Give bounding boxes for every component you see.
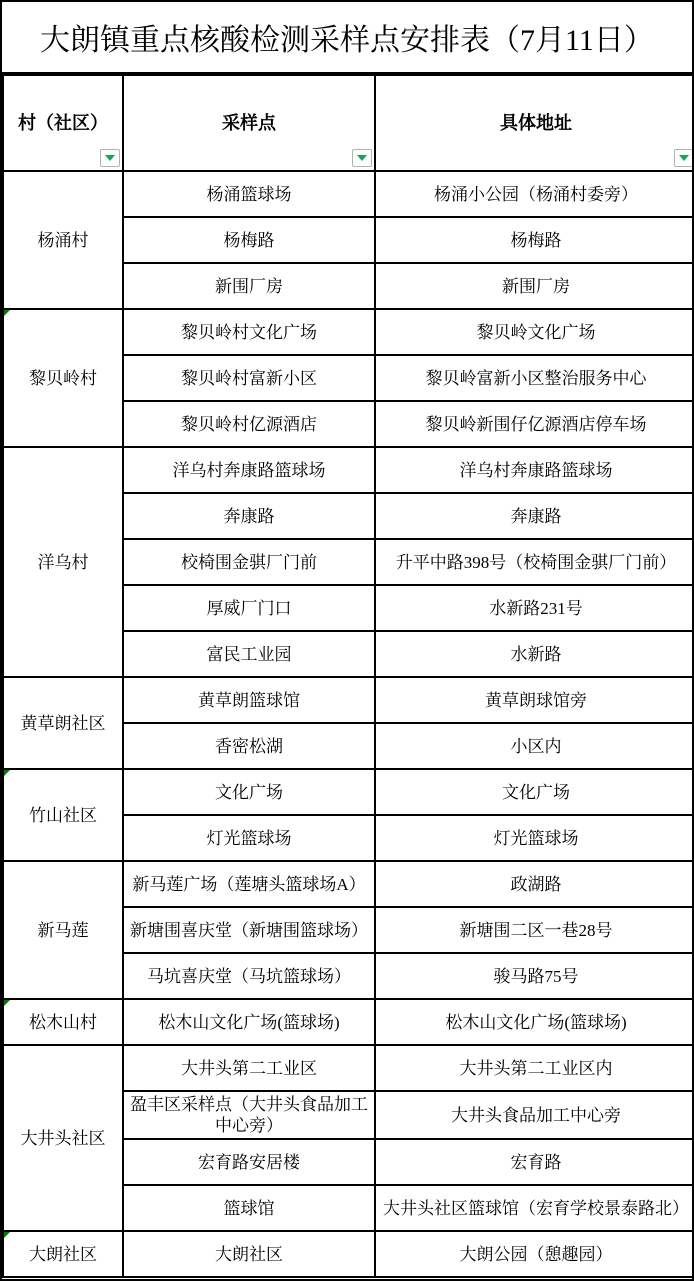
address-cell: 洋乌村奔康路篮球场 (375, 447, 694, 493)
title-bar: 大朗镇重点核酸检测采样点安排表（7月11日） (2, 2, 692, 74)
address-cell: 大井头第二工业区内 (375, 1045, 694, 1091)
sampling-point-cell: 松木山文化广场(篮球场) (123, 999, 375, 1045)
table-row: 竹山社区文化广场文化广场 (3, 769, 694, 815)
sampling-point-cell: 文化广场 (123, 769, 375, 815)
column-header-label: 村（社区） (18, 113, 108, 133)
sampling-point-cell: 新围厂房 (123, 263, 375, 309)
sampling-point-cell: 杨梅路 (123, 217, 375, 263)
spreadsheet-region: 大朗镇重点核酸检测采样点安排表（7月11日） 村（社区） 采样点 (0, 0, 694, 1281)
sampling-point-cell: 黄草朗篮球馆 (123, 677, 375, 723)
sampling-point-cell: 洋乌村奔康路篮球场 (123, 447, 375, 493)
header-row: 村（社区） 采样点 具体地址 (3, 75, 694, 171)
column-header-label: 具体地址 (500, 113, 572, 133)
village-label: 大朗社区 (29, 1245, 97, 1264)
village-label: 竹山社区 (29, 806, 97, 825)
table-row: 新马莲新马莲广场（莲塘头篮球场A）政湖路 (3, 861, 694, 907)
village-label: 黄草朗社区 (21, 714, 106, 733)
address-cell: 黎贝岭文化广场 (375, 309, 694, 355)
sampling-point-cell: 大井头第二工业区 (123, 1045, 375, 1091)
chevron-down-icon (357, 155, 367, 161)
address-cell: 杨涌小公园（杨涌村委旁） (375, 171, 694, 217)
sampling-point-cell: 灯光篮球场 (123, 815, 375, 861)
village-label: 松木山村 (29, 1013, 97, 1032)
sampling-point-cell: 香密松湖 (123, 723, 375, 769)
village-cell: 洋乌村 (3, 447, 123, 677)
address-cell: 小区内 (375, 723, 694, 769)
village-label: 杨涌村 (38, 231, 89, 250)
address-cell: 水新路231号 (375, 585, 694, 631)
address-cell: 松木山文化广场(篮球场) (375, 999, 694, 1045)
address-cell: 文化广场 (375, 769, 694, 815)
column-header-village: 村（社区） (3, 75, 123, 171)
comment-marker-icon (4, 770, 10, 776)
village-cell: 新马莲 (3, 861, 123, 999)
filter-dropdown-button[interactable] (674, 149, 694, 167)
village-cell: 竹山社区 (3, 769, 123, 861)
address-cell: 骏马路75号 (375, 953, 694, 999)
column-header-address: 具体地址 (375, 75, 694, 171)
sampling-point-cell: 杨涌篮球场 (123, 171, 375, 217)
table-row: 松木山村松木山文化广场(篮球场)松木山文化广场(篮球场) (3, 999, 694, 1045)
table-row: 黎贝岭村黎贝岭村文化广场黎贝岭文化广场 (3, 309, 694, 355)
sampling-point-cell: 黎贝岭村亿源酒店 (123, 401, 375, 447)
village-cell: 大朗社区 (3, 1231, 123, 1277)
address-cell: 升平中路398号（校椅围金骐厂门前） (375, 539, 694, 585)
village-label: 新马莲 (38, 921, 89, 940)
sampling-point-cell: 厚威厂门口 (123, 585, 375, 631)
sampling-table: 村（社区） 采样点 具体地址 (2, 74, 694, 1278)
address-cell: 黎贝岭新围仔亿源酒店停车场 (375, 401, 694, 447)
address-cell: 宏育路 (375, 1139, 694, 1185)
comment-marker-icon (4, 1000, 10, 1006)
village-label: 大井头社区 (21, 1129, 106, 1148)
village-cell: 大井头社区 (3, 1045, 123, 1231)
sampling-point-cell: 新马莲广场（莲塘头篮球场A） (123, 861, 375, 907)
village-cell: 黄草朗社区 (3, 677, 123, 769)
comment-marker-icon (4, 310, 10, 316)
sampling-point-cell: 校椅围金骐厂门前 (123, 539, 375, 585)
address-cell: 水新路 (375, 631, 694, 677)
village-cell: 杨涌村 (3, 171, 123, 309)
address-cell: 大井头社区篮球馆（宏育学校景泰路北） (375, 1185, 694, 1231)
sampling-point-cell: 黎贝岭村文化广场 (123, 309, 375, 355)
address-cell: 新塘围二区一巷28号 (375, 907, 694, 953)
sampling-point-cell: 富民工业园 (123, 631, 375, 677)
filter-dropdown-button[interactable] (352, 149, 372, 167)
sampling-point-cell: 篮球馆 (123, 1185, 375, 1231)
table-row: 杨涌村杨涌篮球场杨涌小公园（杨涌村委旁） (3, 171, 694, 217)
chevron-down-icon (105, 155, 115, 161)
village-label: 黎贝岭村 (29, 369, 97, 388)
village-label: 洋乌村 (38, 553, 89, 572)
sampling-point-cell: 大朗社区 (123, 1231, 375, 1277)
address-cell: 奔康路 (375, 493, 694, 539)
table-body: 杨涌村杨涌篮球场杨涌小公园（杨涌村委旁）杨梅路杨梅路新围厂房新围厂房黎贝岭村黎贝… (3, 171, 694, 1277)
sampling-point-cell: 马坑喜庆堂（马坑篮球场） (123, 953, 375, 999)
table-row: 洋乌村洋乌村奔康路篮球场洋乌村奔康路篮球场 (3, 447, 694, 493)
address-cell: 灯光篮球场 (375, 815, 694, 861)
address-cell: 黄草朗球馆旁 (375, 677, 694, 723)
table-row: 大井头社区大井头第二工业区大井头第二工业区内 (3, 1045, 694, 1091)
address-cell: 大井头食品加工中心旁 (375, 1091, 694, 1139)
village-cell: 黎贝岭村 (3, 309, 123, 447)
address-cell: 政湖路 (375, 861, 694, 907)
address-cell: 黎贝岭富新小区整治服务中心 (375, 355, 694, 401)
village-cell: 松木山村 (3, 999, 123, 1045)
address-cell: 大朗公园（憩趣园） (375, 1231, 694, 1277)
table-row: 黄草朗社区黄草朗篮球馆黄草朗球馆旁 (3, 677, 694, 723)
sampling-point-cell: 宏育路安居楼 (123, 1139, 375, 1185)
filter-dropdown-button[interactable] (100, 149, 120, 167)
column-header-sampling-point: 采样点 (123, 75, 375, 171)
sampling-point-cell: 新塘围喜庆堂（新塘围篮球场） (123, 907, 375, 953)
comment-marker-icon (4, 1232, 10, 1238)
address-cell: 杨梅路 (375, 217, 694, 263)
table-row: 大朗社区大朗社区大朗公园（憩趣园） (3, 1231, 694, 1277)
sampling-point-cell: 黎贝岭村富新小区 (123, 355, 375, 401)
chevron-down-icon (679, 155, 689, 161)
column-header-label: 采样点 (222, 113, 276, 133)
sampling-point-cell: 盈丰区采样点（大井头食品加工中心旁） (123, 1091, 375, 1139)
sampling-point-cell: 奔康路 (123, 493, 375, 539)
address-cell: 新围厂房 (375, 263, 694, 309)
page-title: 大朗镇重点核酸检测采样点安排表（7月11日） (40, 15, 654, 59)
